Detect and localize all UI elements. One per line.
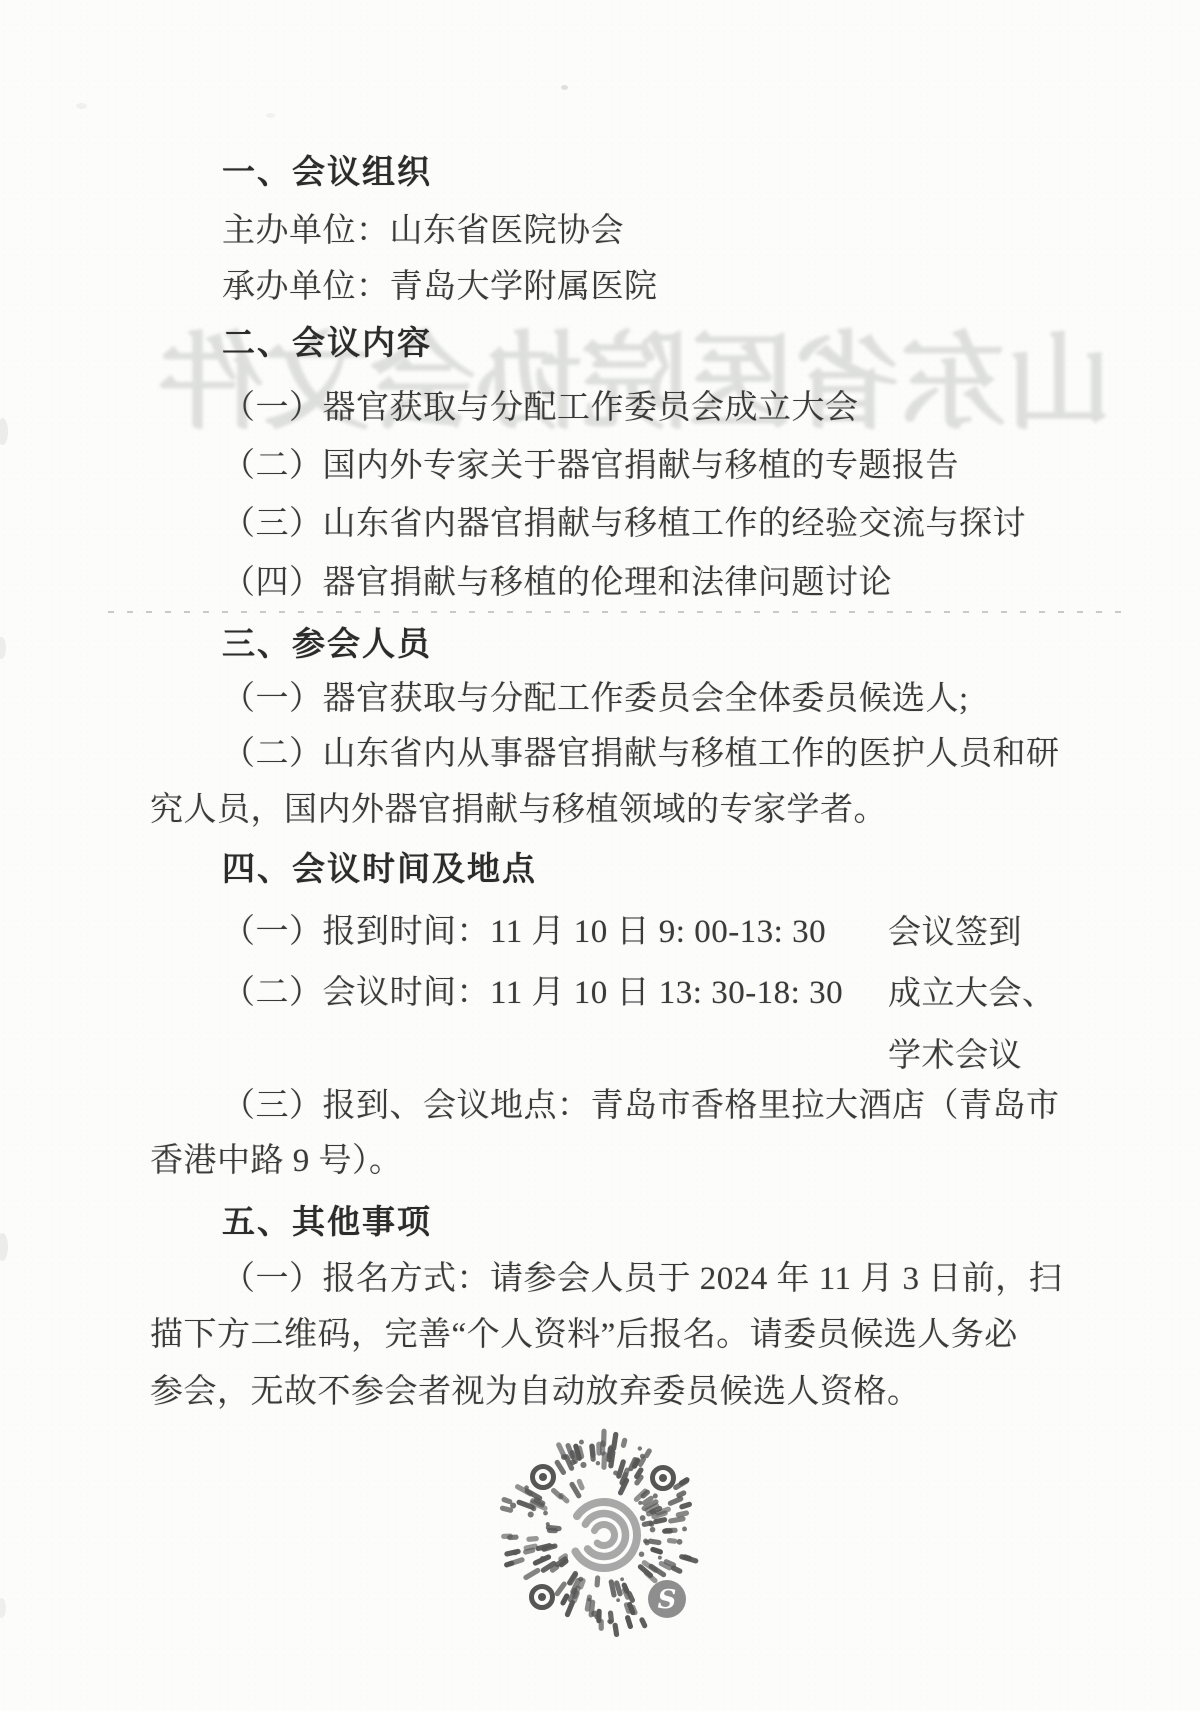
participants-item-2: （二）山东省内从事器官捐献与移植工作的医护人员和研 [222, 727, 1060, 774]
registration-method-line-1: （一）报名方式：请参会人员于 2024 年 11 月 3 日前，扫 [222, 1252, 1062, 1299]
heading-meeting-content: 二、会议内容 [222, 317, 432, 364]
heading-participants: 三、参会人员 [222, 618, 432, 665]
wechat-miniprogram-badge-glyph: S [658, 1585, 677, 1615]
scan-speck [561, 85, 568, 90]
edge-smudge [0, 1233, 8, 1261]
edge-smudge [0, 418, 8, 445]
registration-method-line-3: 参会，无故不参会者视为自动放弃委员候选人资格。 [150, 1365, 921, 1412]
line-host-unit: 主办单位：山东省医院协会 [222, 204, 624, 251]
participants-item-2-cont: 究人员，国内外器官捐献与移植领域的专家学者。 [150, 783, 887, 830]
qr-code-graphic: S [495, 1425, 710, 1640]
heading-time-and-place: 四、会议时间及地点 [222, 843, 537, 890]
note-academic-meeting: 学术会议 [888, 1029, 1022, 1076]
edge-smudge [0, 637, 6, 659]
content-item-4: （四）器官捐献与移植的伦理和法律问题讨论 [222, 556, 892, 603]
edge-smudge [0, 1598, 6, 1618]
registration-method-line-2: 描下方二维码，完善“个人资料”后报名。请委员候选人务必 [150, 1308, 1018, 1355]
content-item-1: （一）器官获取与分配工作委员会成立大会 [222, 381, 859, 428]
scan-artifact-dotted-line [108, 611, 1122, 613]
registration-qr-code: S [495, 1425, 710, 1640]
schedule-location-cont: 香港中路 9 号）。 [150, 1134, 403, 1181]
schedule-location: （三）报到、会议地点：青岛市香格里拉大酒店（青岛市 [222, 1079, 1060, 1126]
content-item-2: （二）国内外专家关于器官捐献与移植的专题报告 [222, 439, 959, 486]
heading-meeting-organization: 一、会议组织 [222, 146, 432, 193]
schedule-check-in-time: （一）报到时间：11 月 10 日 9: 00-13: 30 [222, 905, 826, 952]
note-sign-in: 会议签到 [888, 906, 1022, 953]
document-page: 山东省医院协会文件 一、会议组织 主办单位：山东省医院协会 承办单位：青岛大学附… [0, 0, 1200, 1711]
content-item-3: （三）山东省内器官捐献与移植工作的经验交流与探讨 [222, 497, 1026, 544]
scan-speck [266, 113, 275, 118]
note-founding-meeting: 成立大会、 [888, 967, 1056, 1014]
heading-other-matters: 五、其他事项 [222, 1196, 432, 1243]
participants-item-1: （一）器官获取与分配工作委员会全体委员候选人; [222, 672, 969, 719]
scan-speck [76, 103, 87, 109]
line-organizer-unit: 承办单位：青岛大学附属医院 [222, 260, 658, 307]
schedule-meeting-time: （二）会议时间：11 月 10 日 13: 30-18: 30 [222, 966, 843, 1013]
